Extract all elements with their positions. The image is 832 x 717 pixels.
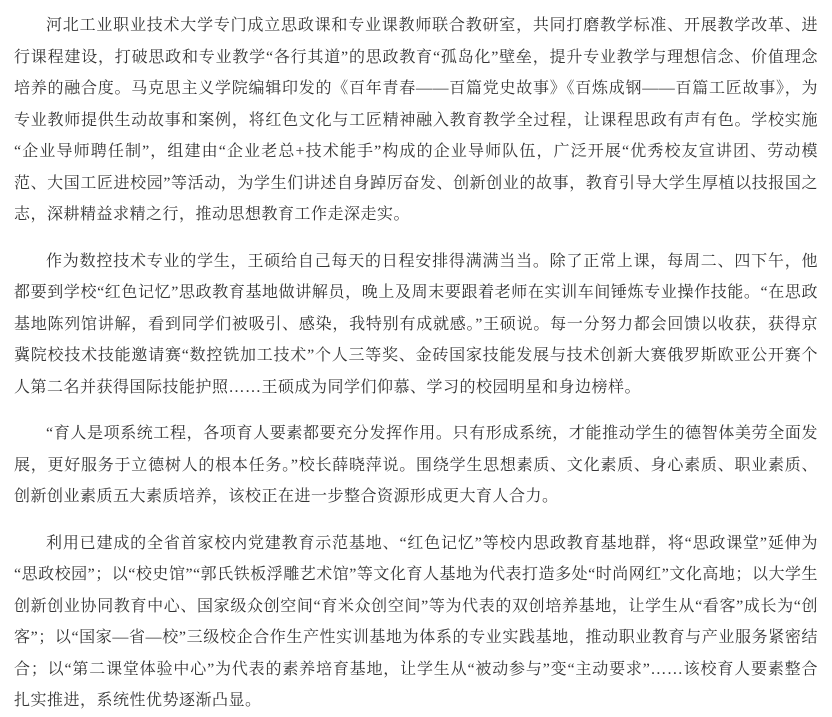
article-paragraph: 作为数控技术专业的学生，王硕给自己每天的日程安排得满满当当。除了正常上课，每周二… — [14, 246, 818, 404]
article-paragraph: “育人是项系统工程，各项育人要素都要充分发挥作用。只有形成系统，才能推动学生的德… — [14, 418, 818, 513]
article-body: 河北工业职业技术大学专门成立思政课和专业课教师联合教研室，共同打磨教学标准、开展… — [0, 0, 832, 717]
article-paragraph: 河北工业职业技术大学专门成立思政课和专业课教师联合教研室，共同打磨教学标准、开展… — [14, 10, 818, 231]
article-paragraph: 利用已建成的全省首家校内党建教育示范基地、“红色记忆”等校内思政教育基地群，将“… — [14, 528, 818, 717]
